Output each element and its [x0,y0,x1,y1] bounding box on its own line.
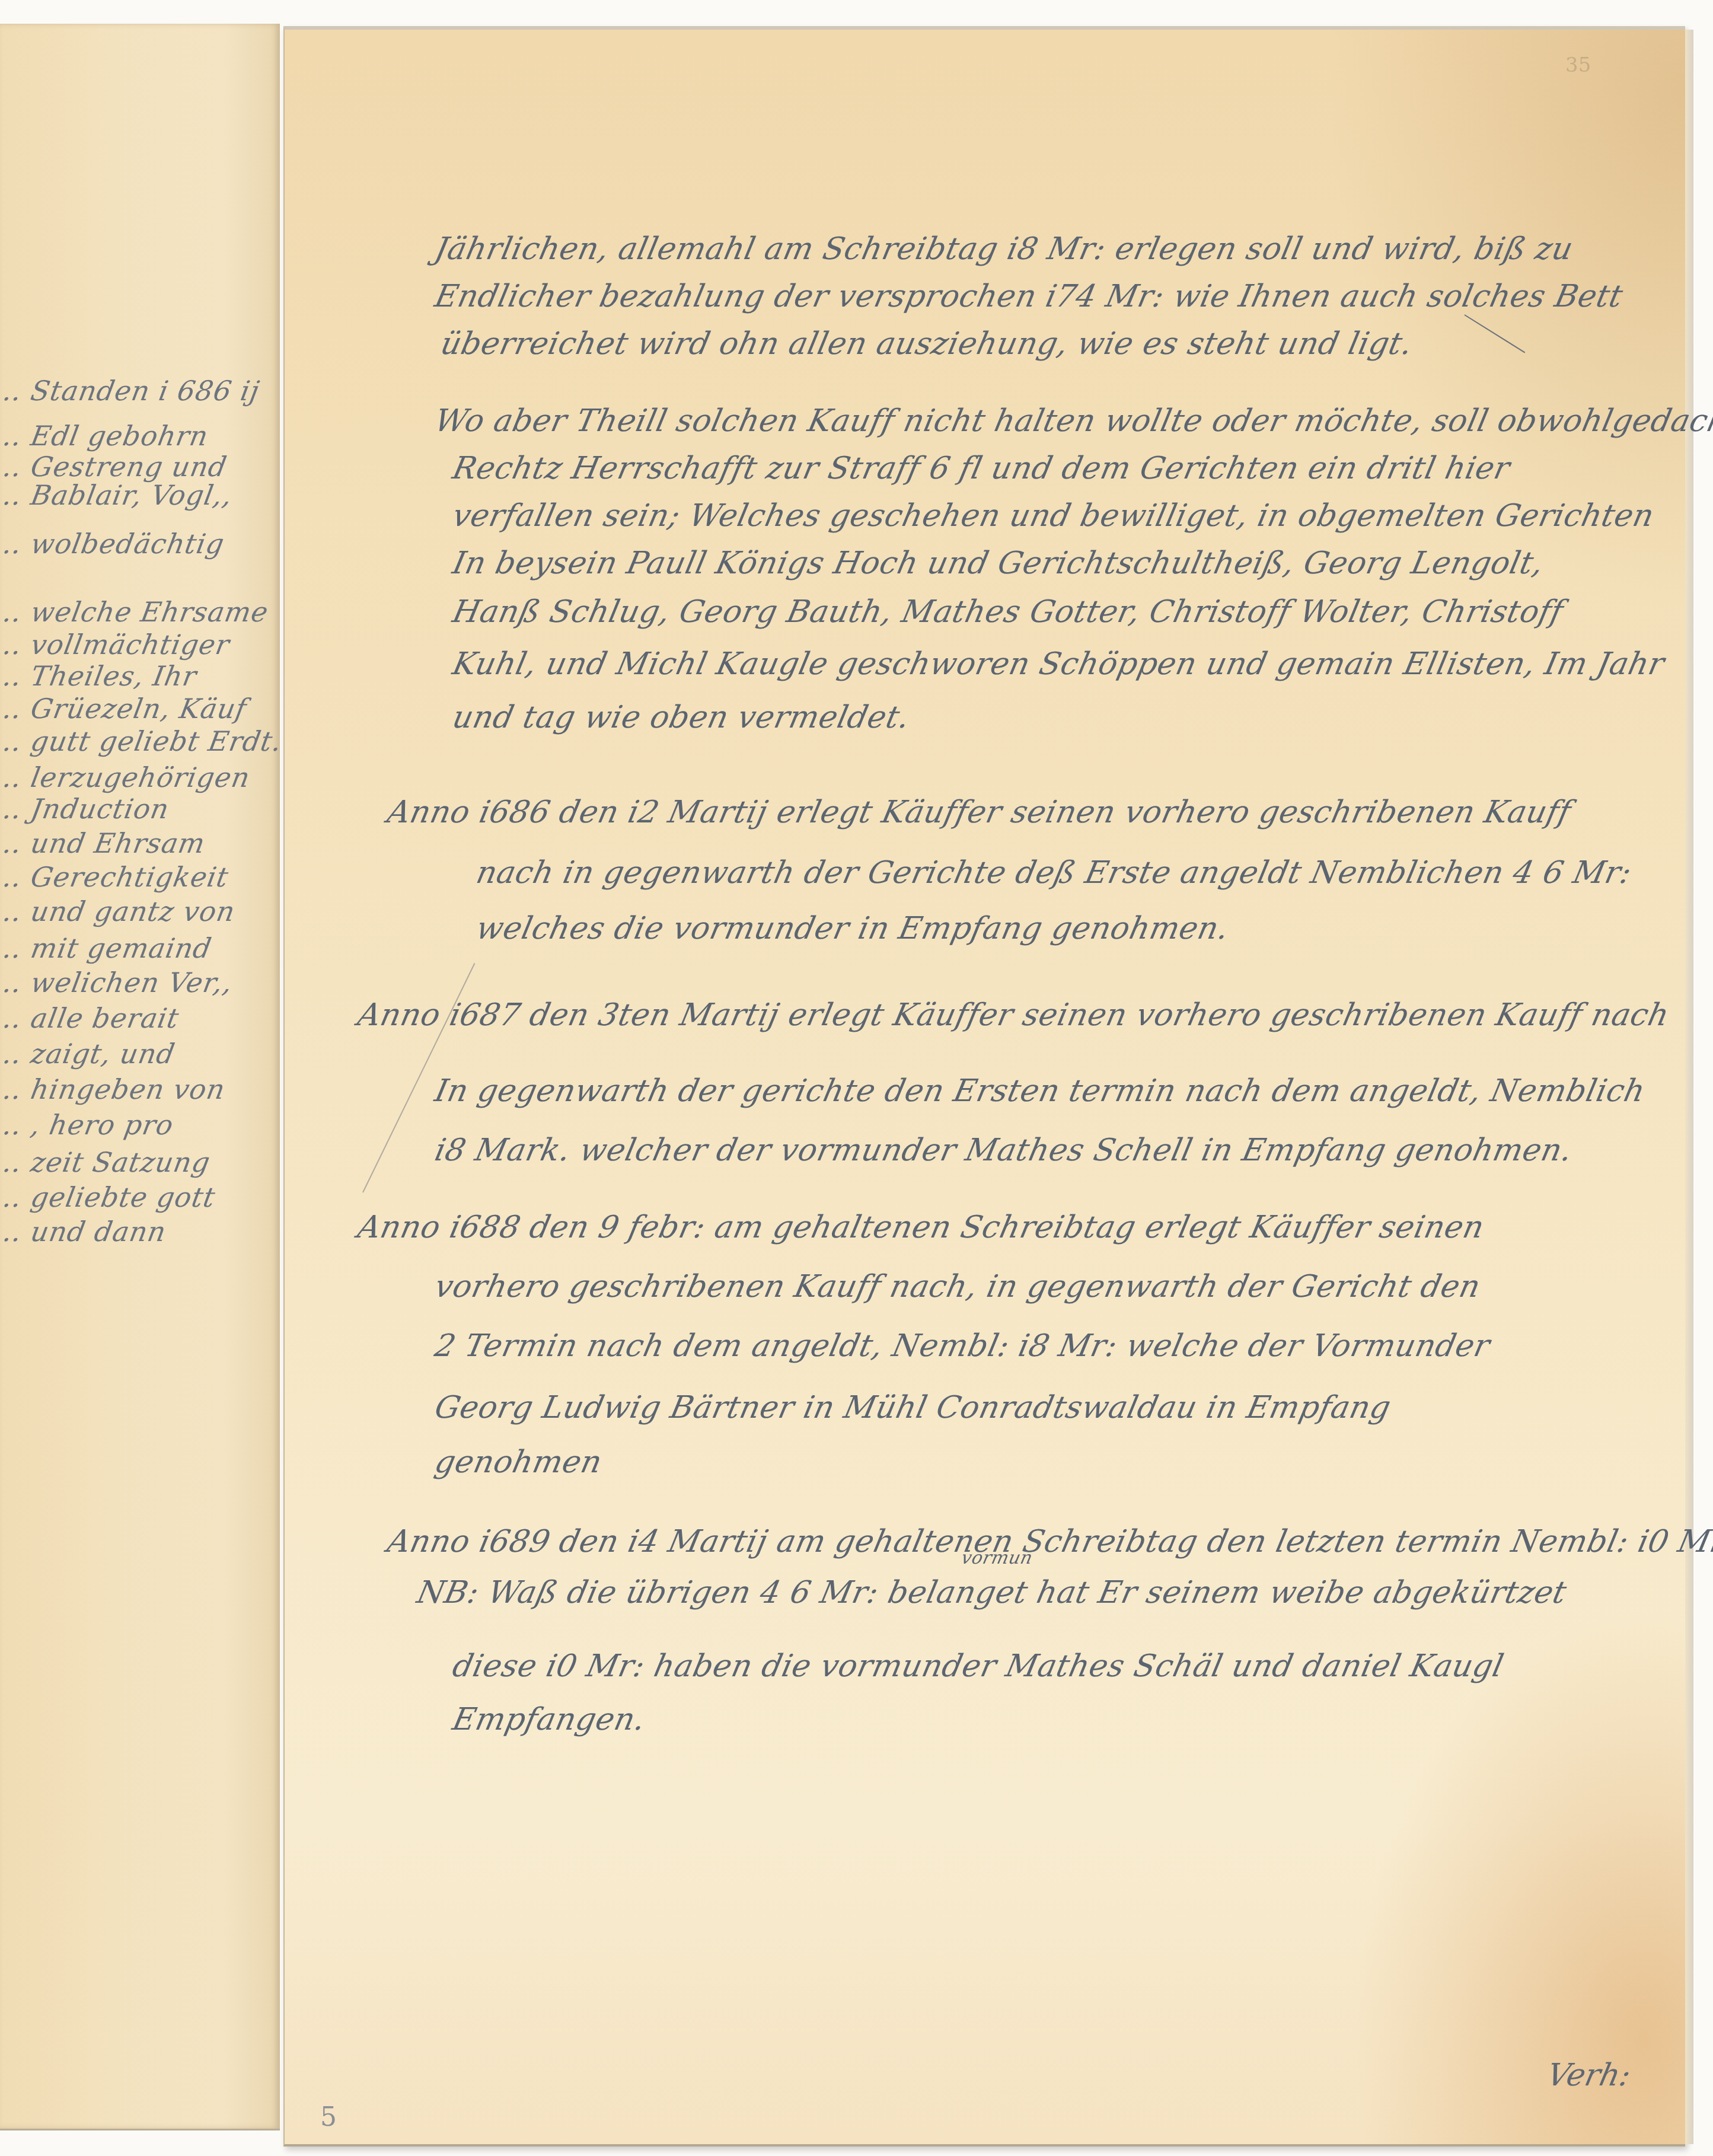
page-number: 5 [320,2102,337,2132]
text-line: 2 Termin nach dem angeldt, Nembl: i8 Mr:… [432,1328,1493,1364]
manuscript-text: Jährlichen, allemahl am Schreibtag i8 Mr… [285,30,1685,2144]
left-page-line: … und Ehrsam [0,827,208,859]
manuscript-page: 35 Jährlichen, allemahl am Schreibtag i8… [283,26,1685,2147]
text-line: Anno i687 den 3ten Martij erlegt Käuffer… [355,997,1672,1033]
left-page-line: … Gerechtigkeit [0,861,231,893]
left-page-line: … geliebte gott [0,1181,218,1213]
text-line: Georg Ludwig Bärtner in Mühl Conradtswal… [432,1390,1394,1425]
left-page-line: … und gantz von [0,895,238,927]
text-line: genohmen [432,1444,605,1480]
left-page-line: … vollmächtiger [0,629,232,661]
text-line: Anno i686 den i2 Martij erlegt Käuffer s… [384,795,1574,830]
text-line: Jährlichen, allemahl am Schreibtag i8 Mr… [432,231,1576,267]
left-page-line: … gutt geliebt Erdt. [0,725,285,757]
left-page-line: … zaigt, und [0,1038,178,1070]
text-line: In beysein Paull Königs Hoch und Gericht… [449,546,1547,581]
text-line: und tag wie oben vermeldet. [449,700,913,735]
text-line: Wo aber Theill solchen Kauff nicht halte… [432,403,1713,439]
text-line: Hanß Schlug, Georg Bauth, Mathes Gotter,… [449,594,1567,630]
left-page-line: … lerzugehörigen [0,761,253,793]
text-line: i8 Mark. welcher der vormunder Mathes Sc… [432,1133,1575,1168]
text-line: Anno i688 den 9 febr: am gehaltenen Schr… [355,1210,1488,1245]
text-line: überreichet wird ohn allen ausziehung, w… [438,326,1416,362]
left-page-line: … und dann [0,1216,169,1248]
text-line: Empfangen. [449,1702,649,1737]
left-page-line: … , hero pro [0,1109,176,1141]
left-page-line: … Theiles, Ihr [0,660,199,692]
page-edge [1685,30,1693,2144]
catchword: Verh: [1544,2058,1634,2093]
text-line: vorhero geschribenen Kauff nach, in gege… [432,1269,1484,1305]
left-page-line: … mit gemaind [0,932,214,964]
left-page-line: … welche Ehrsame [0,596,271,628]
text-line: Rechtz Herrschafft zur Straff 6 fl und d… [449,451,1513,486]
left-page-line: … Gestreng und [0,451,229,483]
left-page-line: … hingeben von [0,1073,228,1105]
text-line: Kuhl, und Michl Kaugle geschworen Schöpp… [449,646,1668,682]
text-line: Endlicher bezahlung der versprochen i74 … [432,279,1626,314]
text-line: NB: Waß die übrigen 4 6 Mr: belanget hat… [414,1575,1570,1610]
text-line: In gegenwarth der gerichte den Ersten te… [432,1073,1648,1109]
left-page-line: … Edl gebohrn [0,420,211,452]
left-page-line: … Bablair, Vogl,, [0,479,235,511]
text-line: diese i0 Mr: haben die vormunder Mathes … [449,1648,1507,1684]
left-page-line: … zeit Satzung [0,1146,213,1178]
left-page-line: … Grüezeln, Käuf [0,693,249,725]
left-page-line: … alle berait [0,1002,181,1034]
interlinear-note: vormun [959,1548,1035,1568]
left-page-line: … wolbedächtig [0,528,227,560]
left-facing-page: … Standen i 686 ij … Edl gebohrn … Gestr… [0,24,280,2131]
left-page-line: … Standen i 686 ij [0,375,262,407]
left-page-line: … Jnduction [0,793,172,825]
left-page-line: … welichen Ver,, [0,967,235,999]
text-line: nach in gegenwarth der Gerichte deß Erst… [473,855,1635,891]
text-line: Anno i689 den i4 Martij am gehaltenen Sc… [384,1524,1713,1559]
text-line: verfallen sein; Welches geschehen und be… [449,498,1657,534]
text-line: welches die vormunder in Empfang genohme… [473,911,1232,946]
